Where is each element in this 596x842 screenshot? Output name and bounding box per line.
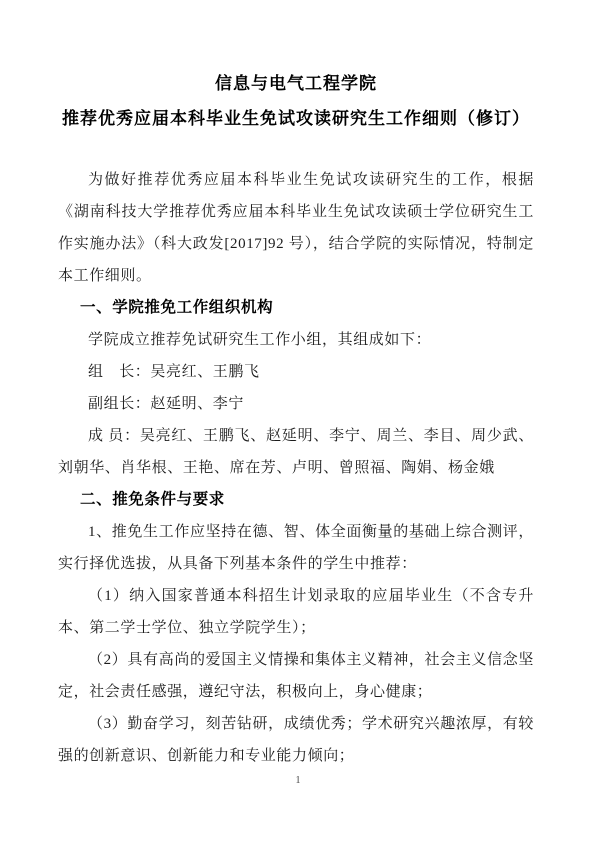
page-number: 1 (0, 775, 596, 786)
section-1-paragraph-group-intro: 学院成立推荐免试研究生工作小组，其组成如下： (58, 324, 534, 356)
section-1-heading: 一、学院推免工作组织机构 (58, 292, 534, 324)
section-1-members-line: 成 员：吴亮红、王鹏飞、赵延明、李宁、周兰、李目、周少武、刘朝华、肖华根、王艳、… (58, 420, 534, 484)
section-2-condition-2: （2）具有高尚的爱国主义情操和集体主义精神，社会主义信念坚定，社会责任感强，遵纪… (58, 644, 534, 708)
title-body-spacer (58, 136, 534, 164)
intro-paragraph: 为做好推荐优秀应届本科毕业生免试攻读研究生的工作，根据《湖南科技大学推荐优秀应届… (58, 164, 534, 292)
section-1-group-leader-line: 组 长：吴亮红、王鹏飞 (58, 356, 534, 388)
document-page: 信息与电气工程学院 推荐优秀应届本科毕业生免试攻读研究生工作细则（修订） 为做好… (0, 0, 596, 842)
section-2-condition-1: （1）纳入国家普通本科招生计划录取的应届毕业生（不含专升本、第二学士学位、独立学… (58, 580, 534, 644)
section-2-condition-intro: 1、推免生工作应坚持在德、智、体全面衡量的基础上综合测评，实行择优选拔，从具备下… (58, 516, 534, 580)
section-1-deputy-leader-line: 副组长：赵延明、李宁 (58, 388, 534, 420)
doc-title-line-1: 信息与电气工程学院 (58, 66, 534, 101)
section-2-condition-3: （3）勤奋学习，刻苦钻研，成绩优秀；学术研究兴趣浓厚，有较强的创新意识、创新能力… (58, 708, 534, 772)
section-2-heading: 二、推免条件与要求 (58, 484, 534, 516)
doc-title-line-2: 推荐优秀应届本科毕业生免试攻读研究生工作细则（修订） (58, 101, 534, 136)
document-body: 为做好推荐优秀应届本科毕业生免试攻读研究生的工作，根据《湖南科技大学推荐优秀应届… (58, 164, 534, 772)
